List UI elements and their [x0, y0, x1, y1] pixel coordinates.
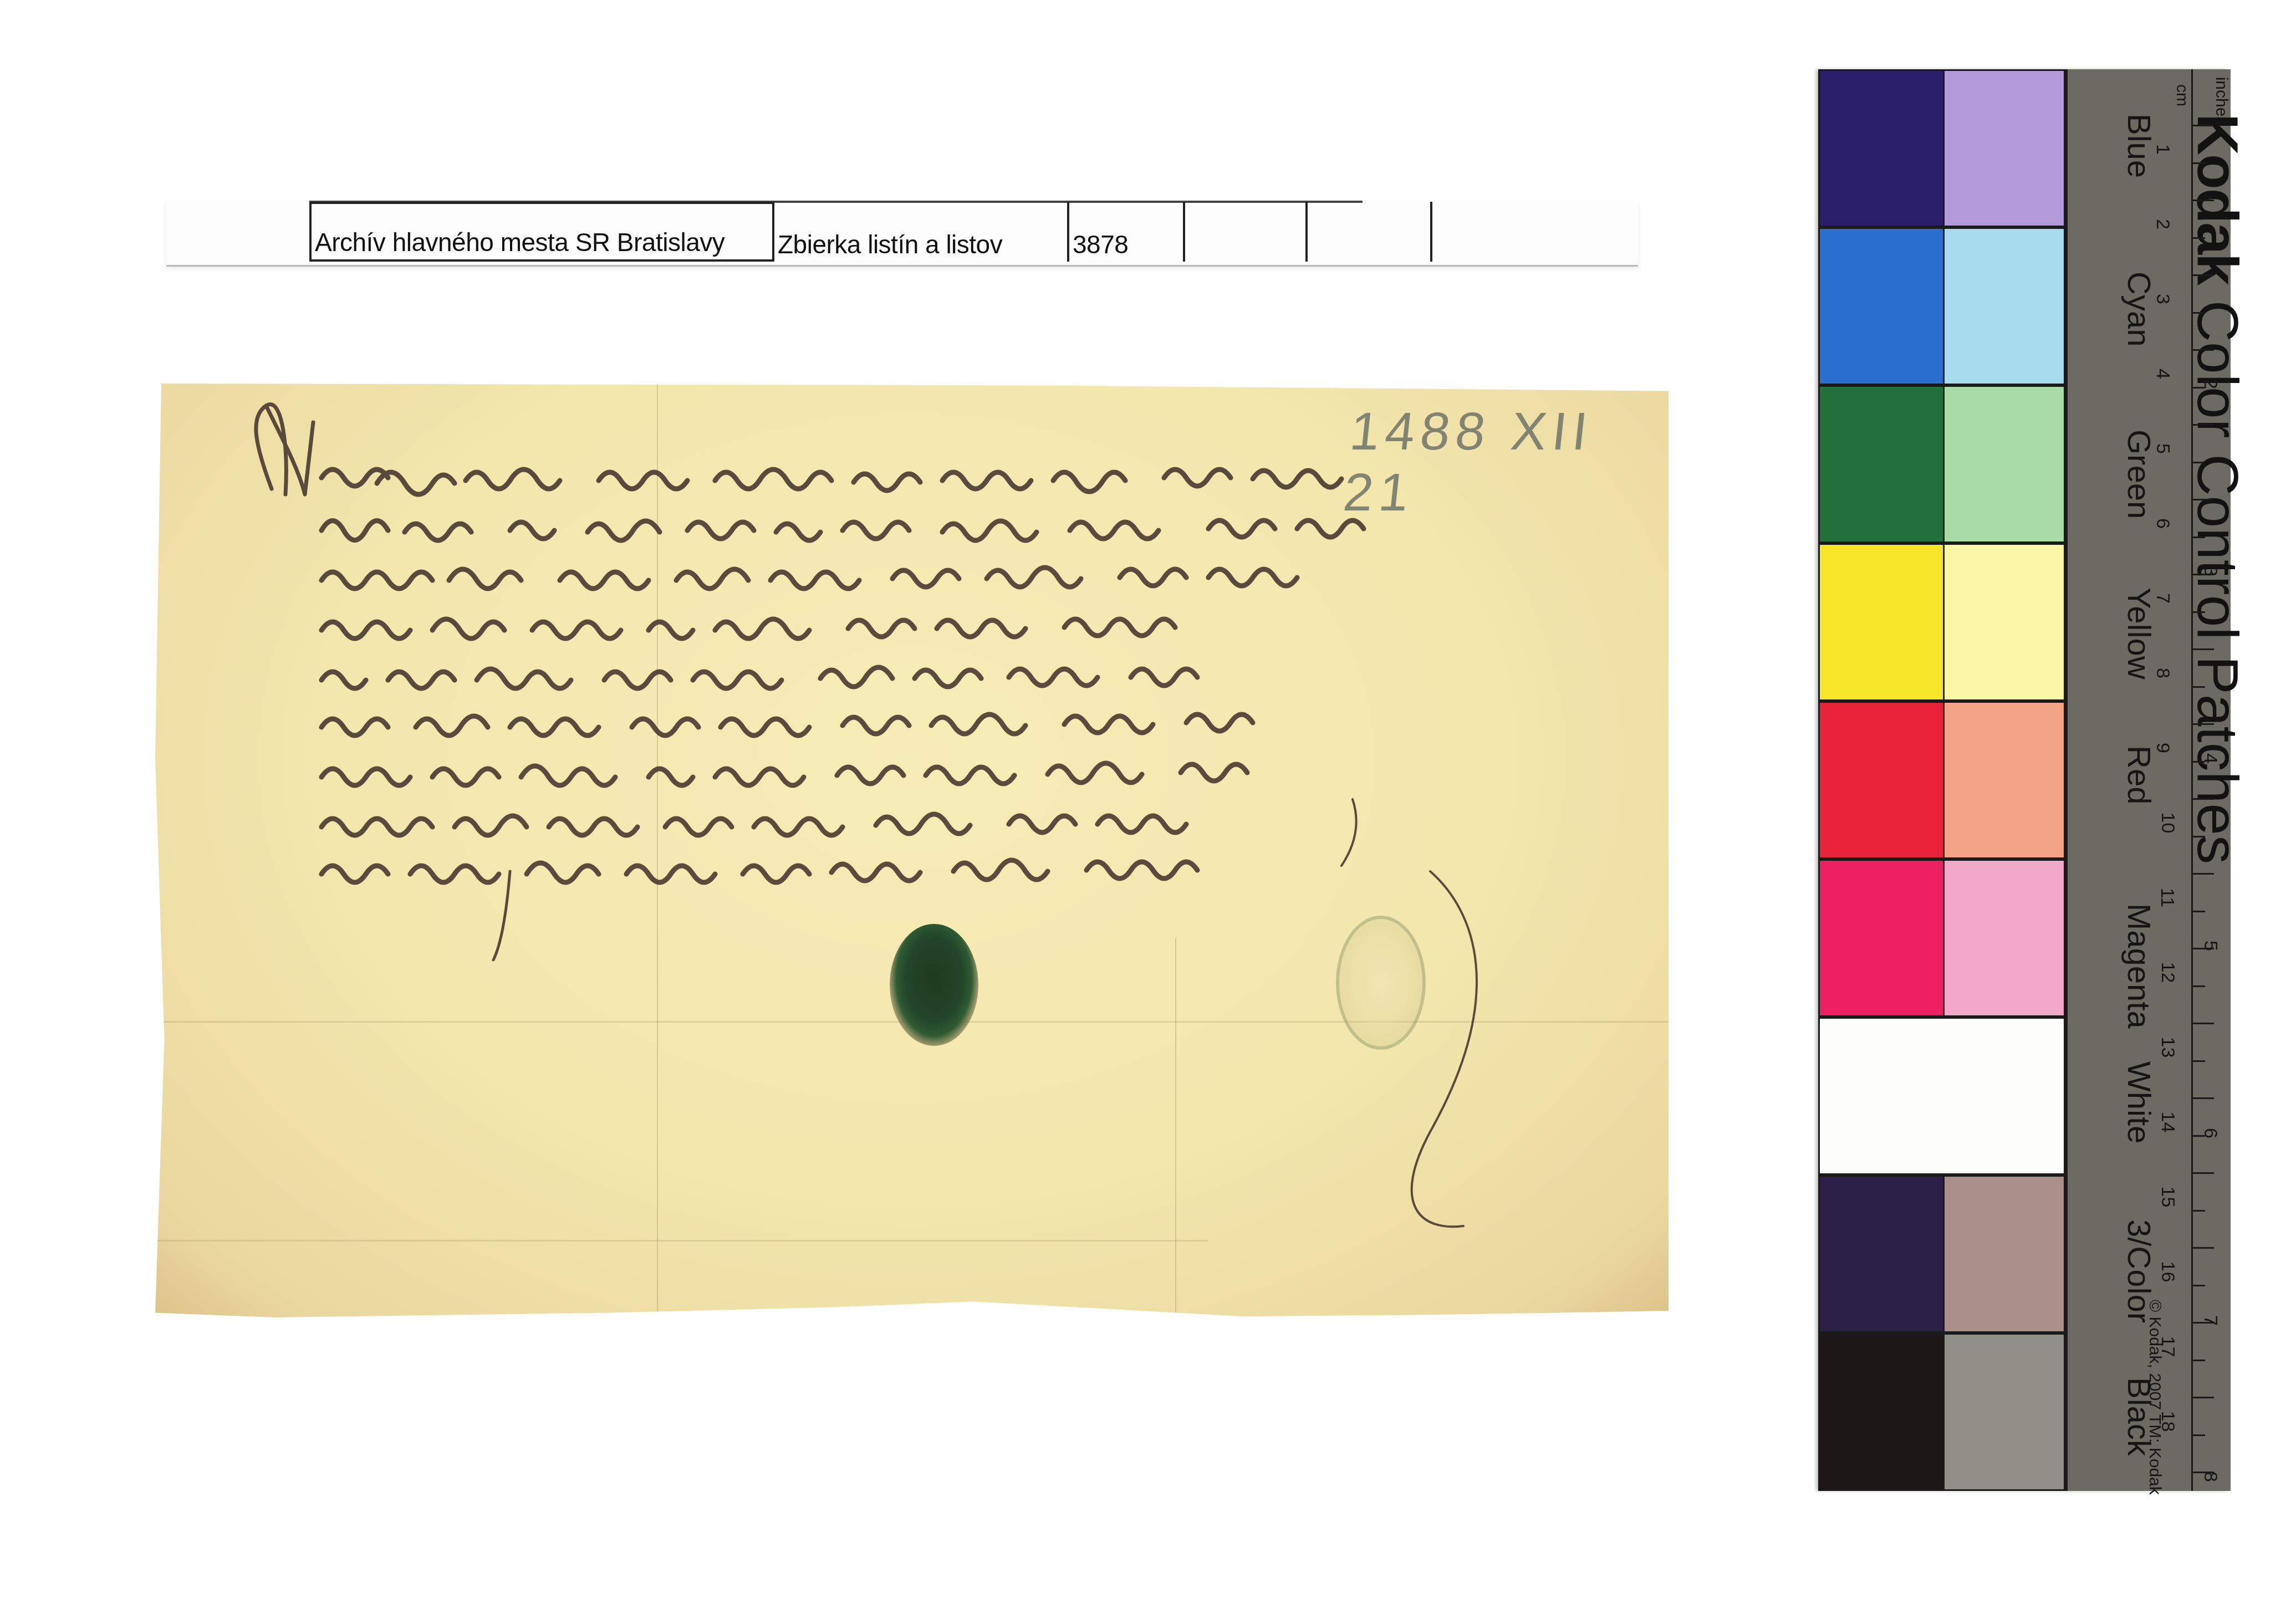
ruler-tick	[2193, 237, 2205, 239]
patch-magenta-light	[1943, 859, 2065, 1017]
card-gray-strip: Kodak Color Control Patches Blue Cyan Gr…	[2065, 69, 2231, 1491]
ruler-tick	[2193, 499, 2214, 500]
color-patches	[1818, 69, 2065, 1491]
cm-mark: 13	[2157, 1037, 2178, 1058]
ruler-tick	[2193, 1097, 2214, 1099]
archive-name-cell: Archív hlavného mesta SR Bratislavy	[309, 202, 772, 262]
seal-trace	[1336, 916, 1426, 1050]
ruler-tick	[2193, 798, 2214, 800]
ruler-unit-inches: inches	[2212, 77, 2231, 125]
ruler-tick	[2193, 274, 2214, 276]
label-cyan: Cyan	[2120, 272, 2157, 346]
patch-blue-light	[1943, 69, 2065, 227]
patch-black-dark	[1818, 1333, 1945, 1491]
ruler-tick	[2193, 985, 2205, 987]
ruler-tick	[2193, 648, 2214, 650]
empty-cell-3	[1430, 202, 1638, 262]
label-white: White	[2120, 1061, 2157, 1143]
patch-white	[1818, 1017, 2065, 1175]
patch-black-light	[1943, 1333, 2065, 1491]
ruler-tick	[2193, 1210, 2205, 1212]
cm-mark: 1	[2152, 144, 2173, 155]
inch-mark: 7	[2200, 1315, 2221, 1326]
ruler-tick	[2193, 1285, 2205, 1286]
inch-mark: 2	[2200, 379, 2221, 389]
ruler-tick	[2193, 312, 2205, 314]
patch-green-dark	[1818, 385, 1945, 543]
inch-mark: 6	[2200, 1128, 2221, 1138]
ruler-tick	[2193, 1172, 2214, 1174]
cm-mark: 3	[2152, 294, 2173, 304]
inch-mark: 8	[2200, 1472, 2221, 1482]
patch-red-light	[1943, 701, 2065, 859]
inch-mark: 4	[2200, 753, 2221, 764]
cm-mark: 5	[2152, 443, 2173, 454]
collection-name-cell: Zbierka listín a listov	[772, 202, 1067, 262]
archive-label-strip: Archív hlavného mesta SR Bratislavy Zbie…	[166, 201, 1638, 267]
ruler-tick	[2193, 686, 2205, 688]
ruler-tick	[2193, 1023, 2214, 1024]
ruler-tick	[2193, 1434, 2205, 1436]
measurement-ruler: cm inches 1 2 3 4 5 6 7 8 9 10 11 12 13 …	[2191, 69, 2232, 1491]
ruler-tick	[2193, 836, 2205, 837]
patch-cyan-light	[1943, 227, 2065, 385]
cm-mark: 16	[2157, 1261, 2178, 1283]
ruler-tick	[2193, 611, 2205, 613]
cm-mark: 17	[2157, 1336, 2178, 1357]
cm-mark: 4	[2152, 369, 2173, 379]
patch-green-light	[1943, 385, 2065, 543]
patch-red-dark	[1818, 701, 1945, 859]
patch-3color-light	[1943, 1175, 2065, 1333]
ruler-tick	[2193, 1060, 2205, 1062]
cm-mark: 14	[2157, 1112, 2178, 1133]
inch-mark: 5	[2200, 941, 2221, 951]
ruler-unit-cm: cm	[2172, 84, 2191, 106]
ruler-tick	[2193, 162, 2205, 164]
cm-mark: 12	[2157, 962, 2178, 983]
ruler-tick	[2193, 873, 2214, 875]
cm-mark: 10	[2157, 813, 2178, 834]
ruler-tick	[2193, 723, 2214, 725]
empty-cell-1	[1183, 202, 1305, 262]
patch-yellow-light	[1943, 543, 2065, 701]
patch-cyan-dark	[1818, 227, 1945, 385]
ruler-tick	[2193, 911, 2205, 912]
ruler-tick	[2193, 462, 2205, 463]
cm-mark: 18	[2157, 1411, 2178, 1432]
green-wax-seal	[890, 924, 978, 1046]
patch-yellow-dark	[1818, 543, 1945, 701]
patch-magenta-dark	[1818, 859, 1945, 1017]
cm-mark: 6	[2152, 518, 2173, 529]
ruler-tick	[2193, 537, 2205, 538]
inch-mark: 1	[2200, 191, 2221, 202]
inch-mark: 3	[2200, 566, 2221, 576]
kodak-color-control-card: Kodak Color Control Patches Blue Cyan Gr…	[1818, 69, 2228, 1491]
cm-mark: 11	[2156, 888, 2178, 907]
ruler-tick	[2193, 1397, 2214, 1398]
label-magenta: Magenta	[2120, 903, 2157, 1029]
label-red: Red	[2120, 745, 2157, 804]
patch-3color-dark	[1818, 1175, 1945, 1333]
empty-cell-2	[1305, 202, 1430, 262]
ruler-tick	[2193, 1360, 2205, 1361]
cm-mark: 15	[2157, 1187, 2178, 1208]
ruler-tick	[2193, 1247, 2214, 1249]
ruler-tick	[2193, 125, 2214, 126]
patch-blue-dark	[1818, 69, 1945, 227]
inventory-number-cell: 3878	[1067, 202, 1183, 262]
ruler-tick	[2193, 349, 2214, 351]
parchment-charter: 1488 XII 21	[155, 384, 1669, 1320]
kodak-copyright: © Kodak, 2007 TM: Kodak	[2145, 1300, 2164, 1495]
cm-mark: 2	[2152, 219, 2173, 229]
ruler-tick	[2193, 424, 2214, 426]
cm-mark: 9	[2152, 743, 2173, 753]
cm-mark: 8	[2152, 668, 2173, 678]
handwritten-latin-text	[155, 384, 1669, 1320]
cm-mark: 7	[2152, 593, 2173, 604]
